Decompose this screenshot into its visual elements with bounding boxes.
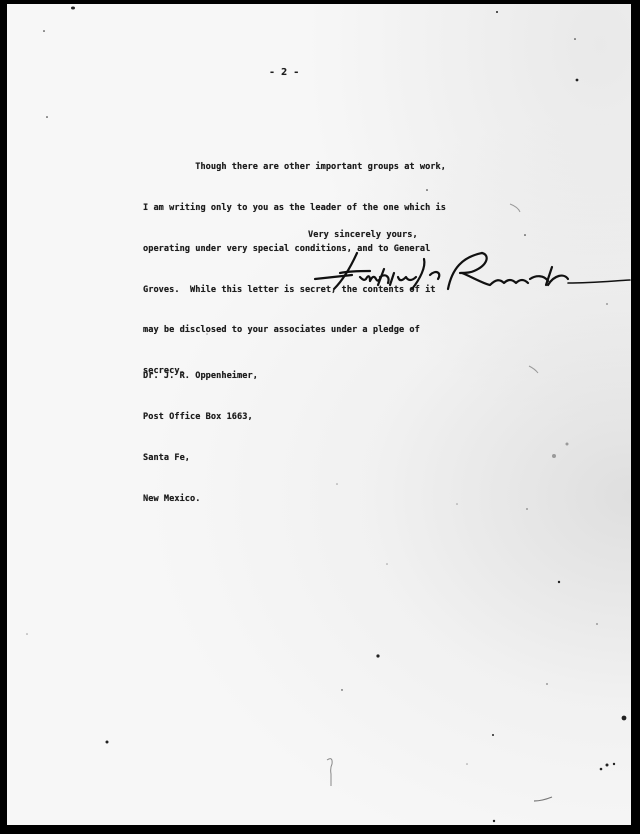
body-line: I am writing only to you as the leader o… bbox=[143, 202, 446, 216]
body-line: Though there are other important groups … bbox=[143, 161, 446, 175]
page-number: - 2 - bbox=[269, 66, 299, 80]
handwritten-signature bbox=[312, 249, 631, 309]
addressee-line: New Mexico. bbox=[143, 493, 258, 507]
addressee-line: Santa Fe, bbox=[143, 452, 258, 466]
addressee-line: Post Office Box 1663, bbox=[143, 411, 258, 425]
body-line: may be disclosed to your associates unde… bbox=[143, 324, 446, 338]
paper-specks bbox=[7, 4, 631, 825]
letter-page: - 2 - Though there are other important g… bbox=[7, 4, 631, 825]
addressee-line: Dr. J. R. Oppenheimer, bbox=[143, 370, 258, 384]
addressee-block: Dr. J. R. Oppenheimer, Post Office Box 1… bbox=[143, 343, 258, 533]
closing-line: Very sincerely yours, bbox=[308, 229, 418, 243]
